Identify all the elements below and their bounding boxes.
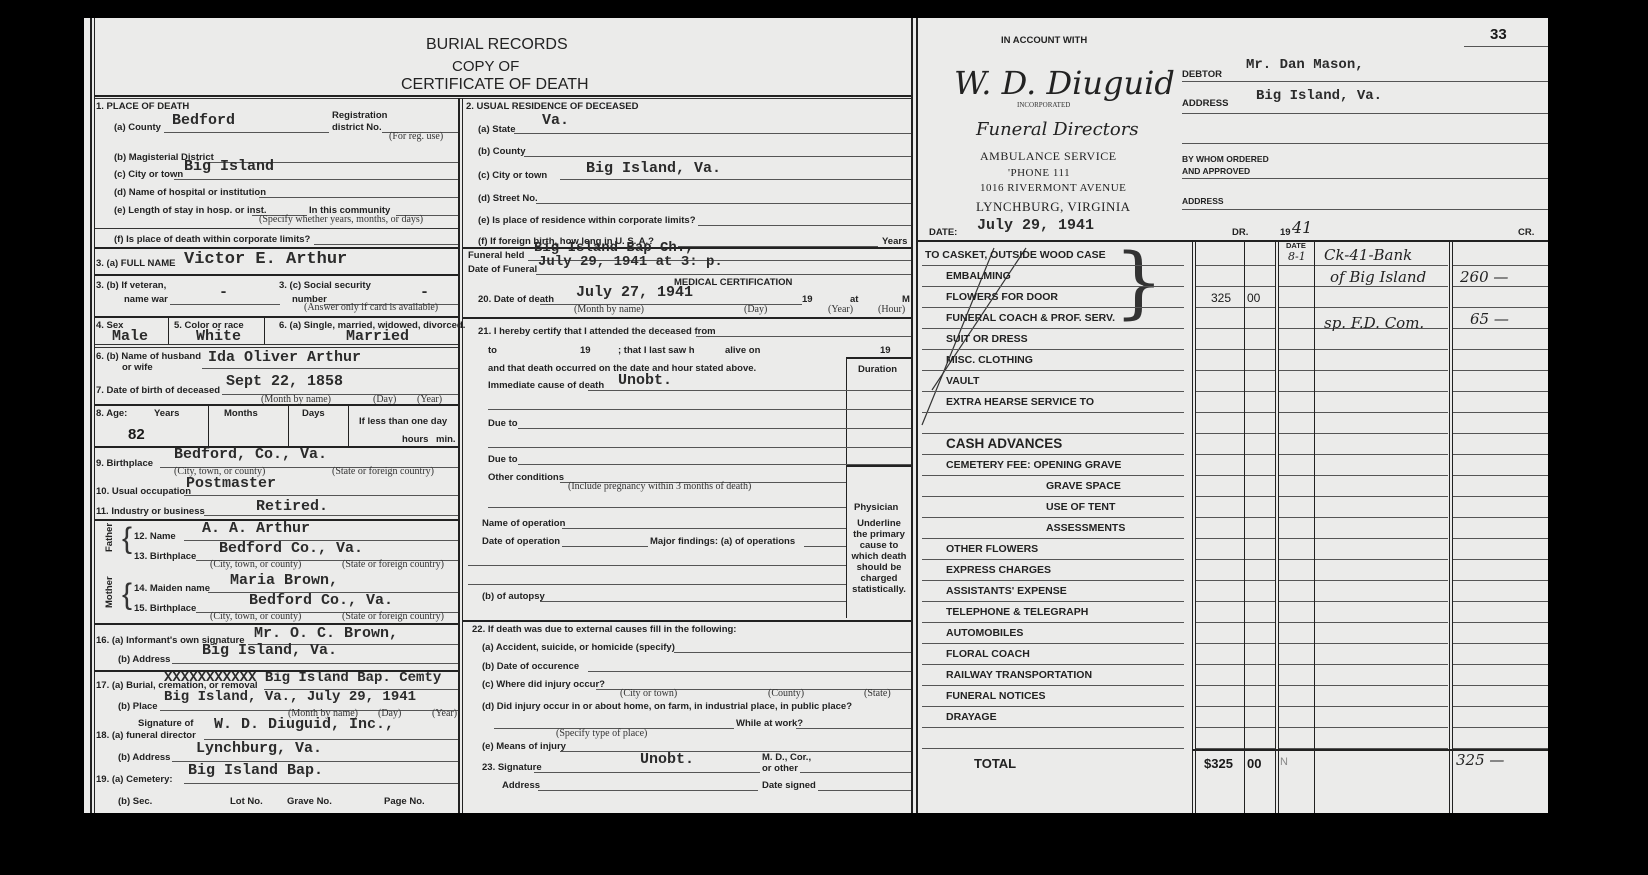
account-item-row: USE OF TENT [84,497,1548,518]
page-label: Page No. [384,796,425,807]
ambulance-service: AMBULANCE SERVICE [980,149,1117,164]
account-item-label: VAULT [946,375,979,387]
account-item-row: SUIT OR DRESS [84,329,1548,350]
account-item-row: DRAYAGE [84,707,1548,728]
district-label: district No. [332,122,382,133]
res-county-label: (b) County [478,146,526,157]
punch-hole [38,173,66,201]
company-city: LYNCHBURG, VIRGINIA [976,199,1131,215]
account-item-row: ASSISTANTS' EXPENSE [84,581,1548,602]
credit-total: 325 — [1456,751,1504,769]
account-item-label: AUTOMOBILES [946,627,1023,639]
doc-certificate-title: CERTIFICATE OF DEATH [401,76,589,94]
account-item-label: FUNERAL COACH & PROF. SERV. [946,312,1115,324]
account-item-row: CEMETERY FEE: OPENING GRAVE [84,455,1548,476]
city-label: (c) City or town [114,169,183,180]
account-item-row [84,728,1548,749]
doc-title: BURIAL RECORDS [426,36,568,54]
or-other-label: or other [762,763,798,774]
payment-note-bank: of Big Island [1330,268,1426,286]
account-item-label: SUIT OR DRESS [946,333,1028,345]
account-item-row: GRAVE SPACE [84,476,1548,497]
account-item-label: FUNERAL NOTICES [946,690,1046,702]
account-item-label: ASSISTANTS' EXPENSE [946,585,1067,597]
res-city-label: (c) City or town [478,170,547,181]
place-of-death-heading: 1. PLACE OF DEATH [96,101,189,112]
cr-label: CR. [1518,227,1534,238]
hospital-label: (d) Name of hospital or institution [114,187,266,198]
account-item-row: FUNERAL NOTICES [84,686,1548,707]
account-item-label: DRAYAGE [946,711,997,723]
account-item-label: EXTRA HEARSE SERVICE TO [946,396,1094,408]
cemetery-label: 19. (a) Cemetery: [96,774,173,785]
debtor-label: DEBTOR [1182,69,1222,80]
account-item-row: AUTOMOBILES [84,623,1548,644]
res-city-value: Big Island, Va. [586,160,721,177]
account-item-label: OTHER FLOWERS [946,543,1038,555]
grave-label: Grave No. [287,796,332,807]
sec-label: (b) Sec. [118,796,152,807]
page-number: 33 [1490,26,1507,43]
funeral-directors-tagline: Funeral Directors [976,119,1139,140]
phone-number: 'PHONE 111 [1008,167,1070,179]
reg-use-note: (For reg. use) [389,131,443,142]
account-item-label: CEMETERY FEE: OPENING GRAVE [946,459,1121,471]
signature-label: 23. Signature [482,762,542,773]
debtor-value: Mr. Dan Mason, [1246,57,1364,73]
account-item-label: USE OF TENT [1046,501,1115,513]
company-street: 1016 RIVERMONT AVENUE [980,182,1126,194]
approved-label: AND APPROVED [1182,166,1250,176]
stay-label: (e) Length of stay in hosp. or inst. [114,205,267,216]
incorporated-label: INCORPORATED [1017,101,1070,109]
res-street-label: (d) Street No. [478,193,538,204]
account-item-row: FLORAL COACH [84,644,1548,665]
year-handwritten: 41 [1292,218,1312,237]
account-date-value: July 29, 1941 [977,217,1094,234]
account-item-label: EXPRESS CHARGES [946,564,1051,576]
account-item-label: TO CASKET, OUTSIDE WOOD CASE [925,249,1106,261]
account-item-row [84,413,1548,434]
county-label: (a) County [114,122,161,133]
res-state-label: (a) State [478,124,515,135]
debtor-address-value: Big Island, Va. [1256,88,1382,104]
account-item-label: FLOWERS FOR DOOR [946,291,1058,303]
death-city-value: Big Island [184,158,274,175]
stay-note: (Specify whether years, months, or days) [259,214,423,225]
account-item-row: OTHER FLOWERS [84,539,1548,560]
total-mark: N [1280,756,1288,768]
account-item-row: EXTRA HEARSE SERVICE TO [84,392,1548,413]
debtor-address-label: ADDRESS [1182,98,1228,109]
total-cents: 00 [1247,756,1261,771]
res-corporate-label: (e) Is place of residence within corpora… [478,215,696,226]
account-item-row: ASSESSMENTS [84,518,1548,539]
orderer-address-label: ADDRESS [1182,196,1224,206]
account-item-label: CASH ADVANCES [946,436,1062,451]
account-item-label: TELEPHONE & TELEGRAPH [946,606,1088,618]
registration-label: Registration [332,110,387,121]
account-item-row: VAULT [84,371,1548,392]
account-item-label: FLORAL COACH [946,648,1030,660]
cemetery-value: Big Island Bap. [188,762,323,779]
ordered-by-label: BY WHOM ORDERED [1182,154,1269,164]
credit-amount-2: 65 — [1470,310,1509,328]
payment-note-check: Ck-41-Bank [1324,246,1412,264]
corporate-limits-label: (f) Is place of death within corporate l… [114,234,310,245]
residence-heading: 2. USUAL RESIDENCE OF DECEASED [466,101,638,112]
dr-label: DR. [1232,227,1248,238]
in-account-with: IN ACCOUNT WITH [1001,35,1087,46]
md-label: M. D., Cor., [762,752,811,763]
date-signed-label: Date signed [762,780,816,791]
total-dollars: $325 [1204,756,1233,771]
account-item-row: EXPRESS CHARGES [84,560,1548,581]
year-prefix: 19 [1280,227,1291,238]
punch-hole [38,662,66,690]
account-item-row: CASH ADVANCES [84,434,1548,455]
account-item-label: GRAVE SPACE [1046,480,1121,492]
account-item-row: RAILWAY TRANSPORTATION [84,665,1548,686]
account-item-label: RAILWAY TRANSPORTATION [946,669,1092,681]
payment-date: 8-1 [1288,250,1306,263]
signature-value: Unobt. [640,751,694,768]
account-item-row: FLOWERS FOR DOOR [84,287,1548,308]
company-logo: W. D. Diuguid [954,64,1175,102]
account-item-label: EMBALMING [946,270,1011,282]
date-label: DATE: [929,227,957,238]
fd-address-label: (b) Address [118,752,170,763]
account-item-row: MISC. CLOTHING [84,350,1548,371]
account-item-row: EMBALMING [84,266,1548,287]
flowers-cents: 00 [1247,291,1260,305]
payment-note-com: sp. F.D. Com. [1324,314,1424,332]
res-state-value: Va. [542,112,569,129]
account-item-row: TELEPHONE & TELEGRAPH [84,602,1548,623]
burial-record-sheet: BURIAL RECORDS COPY OF CERTIFICATE OF DE… [84,18,1548,813]
md-address-label: Address [502,780,540,791]
doc-subtitle: COPY OF [452,58,519,75]
account-item-label: MISC. CLOTHING [946,354,1033,366]
account-item-label: ASSESSMENTS [1046,522,1125,534]
credit-amount-1: 260 — [1460,268,1508,286]
flowers-dollars: 325 [1211,291,1231,305]
death-county-value: Bedford [172,112,235,129]
lot-label: Lot No. [230,796,263,807]
total-label: TOTAL [974,756,1016,771]
